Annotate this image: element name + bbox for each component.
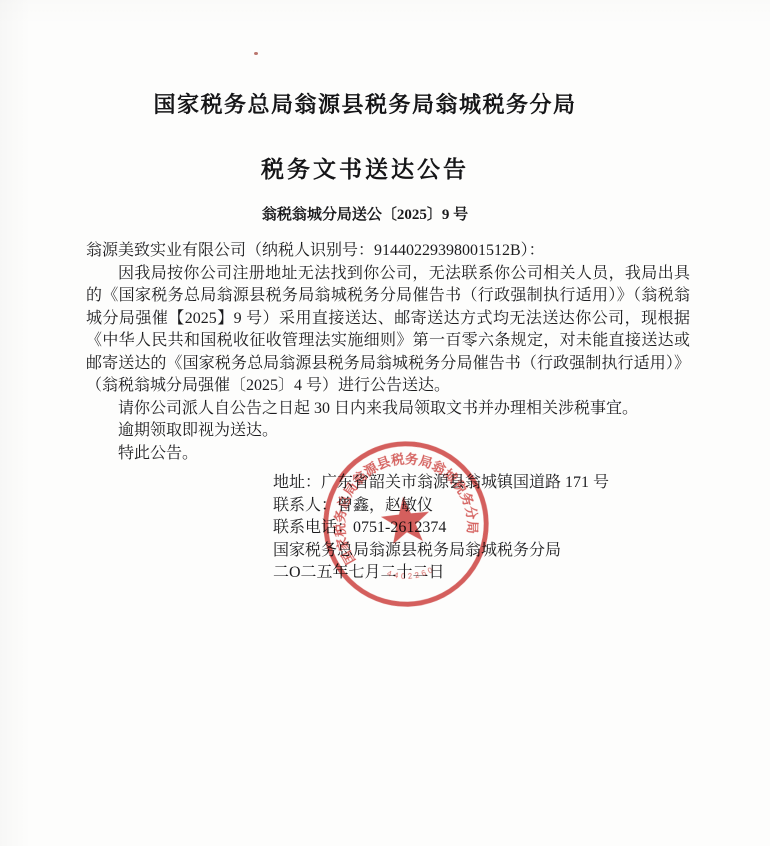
body-paragraph: 逾期领取即视为送达。	[86, 420, 690, 443]
body-paragraph: 因我局按你公司注册地址无法找到你公司，无法联系你公司相关人员，我局出具的《国家税…	[86, 263, 690, 398]
document-number: 翁税翁城分局送公〔2025〕9 号	[60, 203, 670, 224]
date-line: 二O二五年七月二十二日	[273, 562, 609, 585]
body-paragraph: 特此公告。	[86, 443, 690, 466]
issuer-line: 国家税务总局翁源县税务局翁城税务分局	[273, 540, 609, 563]
body-paragraph: 请你公司派人自公告之日起 30 日内来我局领取文书并办理相关涉税事宜。	[86, 398, 690, 421]
contact-line: 联系人：曾鑫，赵敏仪	[273, 495, 609, 518]
document-body: 翁源美致实业有限公司（纳税人识别号：91440229398001512B）： 因…	[86, 240, 690, 465]
address-line: 地址：广东省韶关市翁源县翁城镇国道路 171 号	[273, 472, 609, 495]
signature-block: 地址：广东省韶关市翁源县翁城镇国道路 171 号 联系人：曾鑫，赵敏仪 联系电话…	[273, 472, 609, 585]
document-title: 国家税务总局翁源县税务局翁城税务分局	[60, 88, 670, 119]
document-subtitle: 税务文书送达公告	[60, 151, 670, 184]
ink-speck	[254, 52, 258, 55]
phone-line: 联系电话：0751-2612374	[273, 517, 609, 540]
salutation-line: 翁源美致实业有限公司（纳税人识别号：91440229398001512B）：	[86, 240, 690, 263]
scanned-document-page: 国家税务总局翁源县税务局翁城税务分局 税务文书送达公告 翁税翁城分局送公〔202…	[0, 0, 770, 846]
